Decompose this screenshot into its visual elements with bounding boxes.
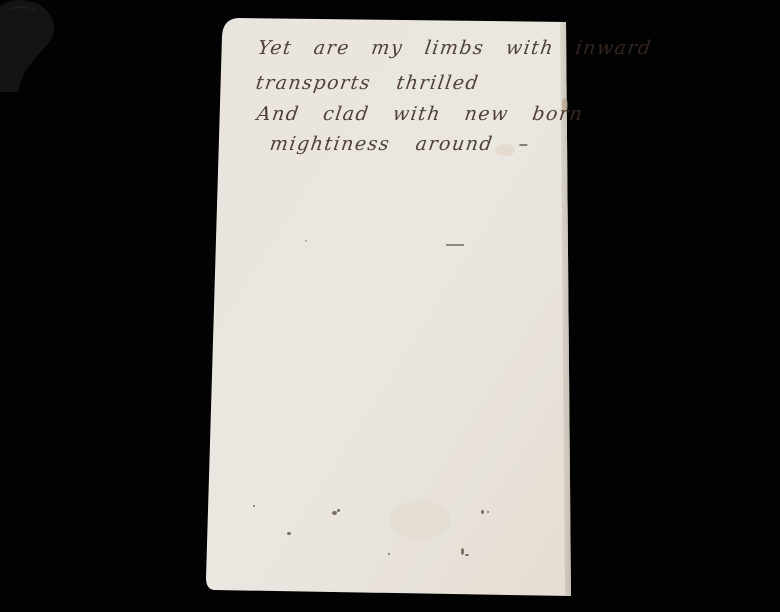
ink-speck: [465, 554, 469, 556]
manuscript-page: Yet are my limbs with inward transports …: [0, 0, 780, 612]
manuscript-line-4: mightiness around –: [268, 133, 531, 155]
manuscript-line-1: Yet are my limbs with inward: [256, 37, 653, 59]
manuscript-line-3: And clad with new born: [255, 103, 584, 125]
ink-speck: [332, 511, 337, 515]
ink-speck: [481, 510, 484, 514]
ink-speck: [305, 240, 307, 242]
manuscript-line-2: transports thrilled: [254, 72, 480, 94]
ink-speck: [388, 553, 390, 555]
ink-speck: [461, 548, 464, 555]
ink-speck: [253, 505, 255, 507]
gloved-thumb: [0, 0, 60, 92]
ink-speck: [337, 509, 340, 512]
ink-speck: [487, 511, 489, 513]
photo-stage: Yet are my limbs with inward transports …: [0, 0, 780, 612]
center-dash-mark: [446, 244, 464, 246]
ink-speck: [287, 532, 291, 535]
